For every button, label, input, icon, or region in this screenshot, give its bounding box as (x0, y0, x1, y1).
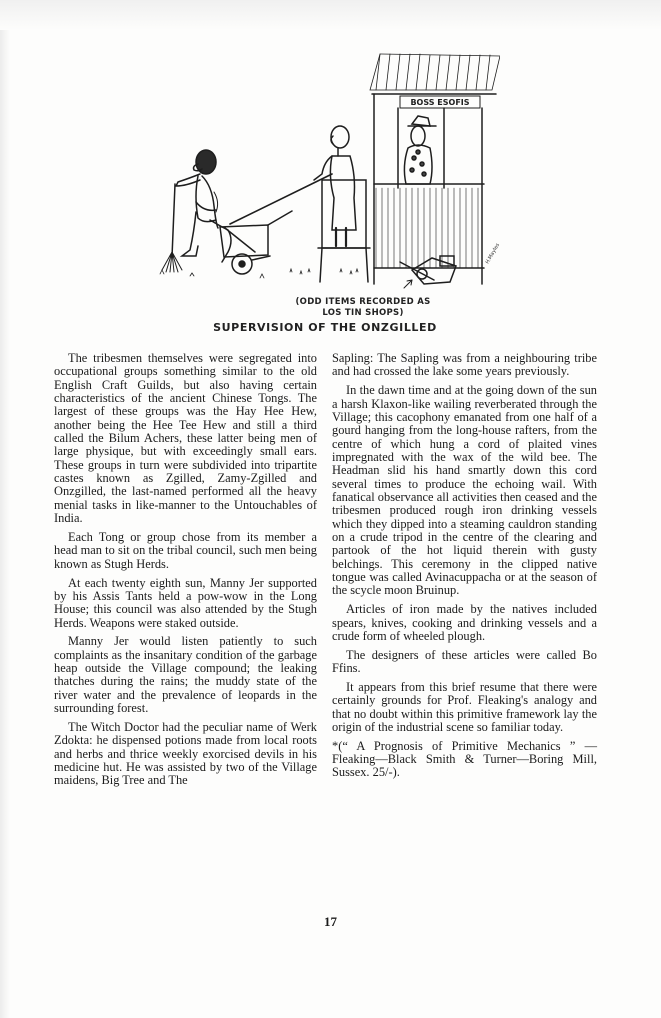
article-column-right: Sapling: The Sapling was from a neighbou… (332, 352, 597, 785)
paragraph: Manny Jer would listen patiently to such… (54, 635, 317, 715)
platform (318, 180, 370, 282)
paragraph: Each Tong or group chose from its member… (54, 531, 317, 571)
boss-figure (404, 116, 436, 184)
paragraph: In the dawn time and at the going down o… (332, 384, 597, 598)
paragraph: The designers of these articles were cal… (332, 649, 597, 676)
svg-text:H.Mayles: H.Mayles (485, 242, 500, 265)
cartoon-illustration: BOSS ESOFIS H.Mayles (150, 52, 500, 300)
article-column-left: The tribesmen themselves were segregated… (54, 352, 317, 793)
supervisor-figure (314, 126, 356, 246)
illustration-note-line2: LOS TIN SHOPS) (238, 308, 488, 319)
illustration-note-line1: (ODD ITEMS RECORDED AS (238, 297, 488, 308)
page-shadow-top (0, 0, 661, 30)
illustration-caption: SUPERVISION OF THE ONZGILLED (150, 321, 500, 334)
paragraph: The Witch Doctor had the peculiar name o… (54, 721, 317, 788)
paragraph: It appears from this brief resume that t… (332, 681, 597, 734)
page-number: 17 (0, 914, 661, 930)
paragraph-continuation: Sapling: The Sapling was from a neighbou… (332, 352, 597, 379)
hut-boss-esofis (370, 54, 500, 284)
scrap-items-icon (400, 256, 456, 284)
page-shadow-left (0, 0, 10, 1018)
paragraph: Articles of iron made by the natives inc… (332, 603, 597, 643)
rake-icon (162, 184, 182, 272)
paragraph: The tribesmen themselves were segregated… (54, 352, 317, 525)
svg-text:BOSS ESOFIS: BOSS ESOFIS (410, 98, 469, 107)
footnote: *(“ A Prognosis of Primitive Mechanics ”… (332, 740, 597, 780)
paragraph: At each twenty eighth sun, Manny Jer sup… (54, 577, 317, 630)
illustration-note: (ODD ITEMS RECORDED AS LOS TIN SHOPS) (238, 297, 488, 319)
